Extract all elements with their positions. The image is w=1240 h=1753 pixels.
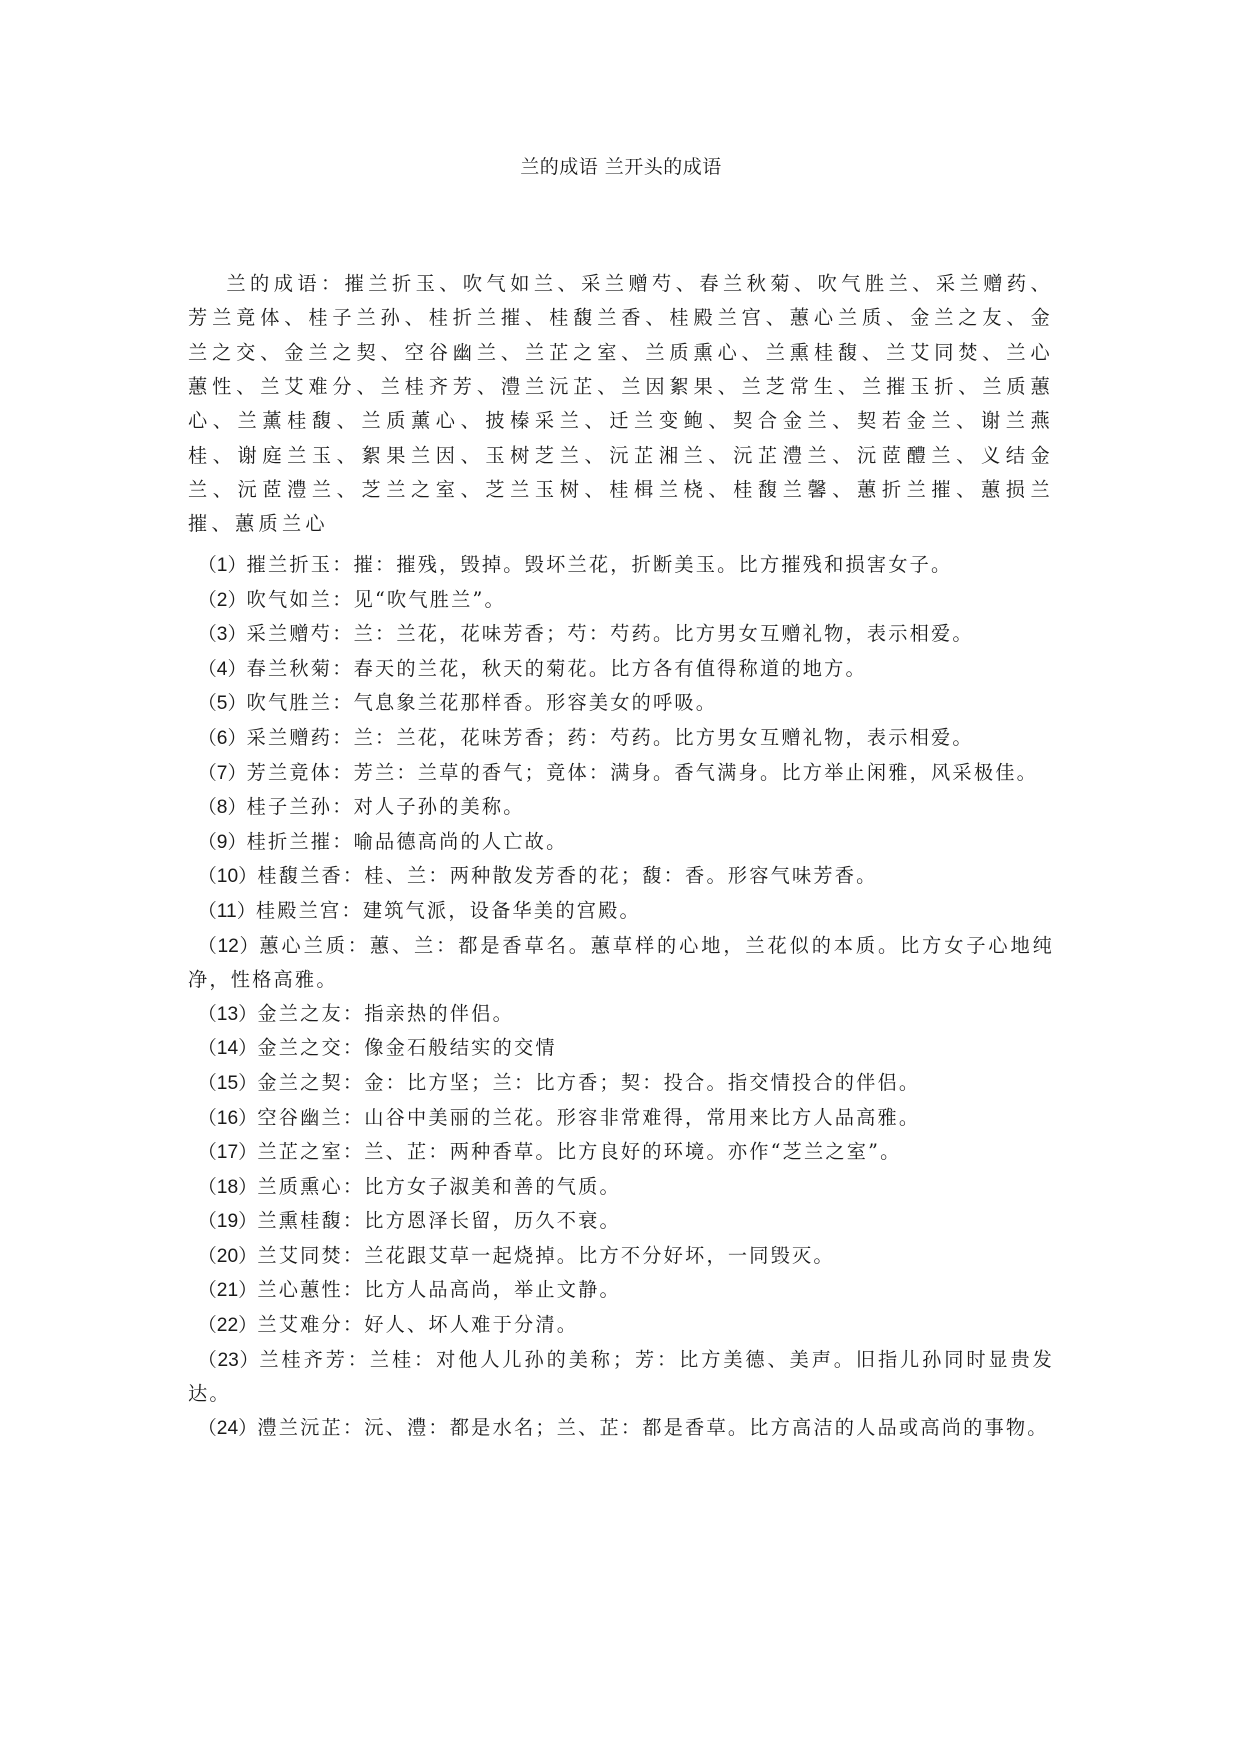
definition-text: 采兰赠芍：兰：兰花，花味芳香；芍：芍药。比方男女互赠礼物，表示相爱。 <box>247 622 974 645</box>
definition-text: 空谷幽兰：山谷中美丽的兰花。形容非常难得，常用来比方人品高雅。 <box>257 1106 920 1129</box>
document-title: 兰的成语 兰开头的成语 <box>188 155 1054 179</box>
definition-item: （9）桂折兰摧：喻品德高尚的人亡故。 <box>188 825 1054 860</box>
definition-text: 桂殿兰宫：建筑气派，设备华美的宫殿。 <box>256 899 641 922</box>
definition-text: 桂馥兰香：桂、兰：两种散发芳香的花；馥：香。形容气味芳香。 <box>257 864 877 887</box>
definition-number: （18） <box>198 1177 258 1198</box>
definition-item: （10）桂馥兰香：桂、兰：两种散发芳香的花；馥：香。形容气味芳香。 <box>188 859 1054 894</box>
definition-item: （13）金兰之友：指亲热的伴侣。 <box>188 997 1054 1032</box>
definition-number: （22） <box>198 1315 258 1336</box>
definition-number: （14） <box>198 1038 258 1059</box>
definition-item: （5）吹气胜兰：气息象兰花那样香。形容美女的呼吸。 <box>188 686 1054 721</box>
definition-text: 芳兰竟体：芳兰：兰草的香气；竟体：满身。香气满身。比方举止闲雅，风采极佳。 <box>247 761 1038 784</box>
definition-text: 兰芷之室：兰、芷：两种香草。比方良好的环境。亦作“芝兰之室”。 <box>257 1140 901 1163</box>
idiom-summary-paragraph: 兰的成语：摧兰折玉、吹气如兰、采兰赠芍、春兰秋菊、吹气胜兰、采兰赠药、芳兰竟体、… <box>188 267 1054 541</box>
definition-number: （2） <box>198 590 247 611</box>
definition-number: （5） <box>198 693 247 714</box>
definition-text: 蕙心兰质：蕙、兰：都是香草名。蕙草样的心地，兰花似的本质。比方女子心地纯净，性格… <box>188 934 1054 992</box>
definition-text: 兰艾同焚：兰花跟艾草一起烧掉。比方不分好坏，一同毁灭。 <box>257 1244 834 1267</box>
definition-number: （17） <box>198 1142 258 1163</box>
definition-text: 兰质熏心：比方女子淑美和善的气质。 <box>257 1175 621 1198</box>
definition-item: （20）兰艾同焚：兰花跟艾草一起烧掉。比方不分好坏，一同毁灭。 <box>188 1239 1054 1274</box>
definition-item: （2）吹气如兰：见“吹气胜兰”。 <box>188 583 1054 618</box>
definition-number: （15） <box>198 1073 258 1094</box>
definition-item: （7）芳兰竟体：芳兰：兰草的香气；竟体：满身。香气满身。比方举止闲雅，风采极佳。 <box>188 756 1054 791</box>
definition-item: （24）澧兰沅芷：沅、澧：都是水名；兰、芷：都是香草。比方高洁的人品或高尚的事物… <box>188 1411 1054 1446</box>
definition-item: （17）兰芷之室：兰、芷：两种香草。比方良好的环境。亦作“芝兰之室”。 <box>188 1135 1054 1170</box>
definition-item: （3）采兰赠芍：兰：兰花，花味芳香；芍：芍药。比方男女互赠礼物，表示相爱。 <box>188 617 1054 652</box>
definition-text: 吹气如兰：见“吹气胜兰”。 <box>247 588 506 611</box>
definition-text: 兰艾难分：好人、坏人难于分清。 <box>257 1313 578 1336</box>
definition-text: 吹气胜兰：气息象兰花那样香。形容美女的呼吸。 <box>247 691 718 714</box>
definition-number: （11） <box>198 901 256 922</box>
definition-number: （3） <box>198 624 247 645</box>
definition-item: （15）金兰之契：金：比方坚；兰：比方香；契：投合。指交情投合的伴侣。 <box>188 1066 1054 1101</box>
definition-item: （4）春兰秋菊：春天的兰花，秋天的菊花。比方各有值得称道的地方。 <box>188 652 1054 687</box>
definition-text: 澧兰沅芷：沅、澧：都是水名；兰、芷：都是香草。比方高洁的人品或高尚的事物。 <box>257 1416 1048 1439</box>
definition-item: （21）兰心蕙性：比方人品高尚，举止文静。 <box>188 1273 1054 1308</box>
definition-number: （24） <box>198 1418 258 1439</box>
definition-item: （1）摧兰折玉：摧：摧残，毁掉。毁坏兰花，折断美玉。比方摧残和损害女子。 <box>188 548 1054 583</box>
definition-text: 金兰之交：像金石般结实的交情 <box>257 1036 556 1059</box>
definition-number: （4） <box>198 659 247 680</box>
definition-text: 金兰之契：金：比方坚；兰：比方香；契：投合。指交情投合的伴侣。 <box>257 1071 920 1094</box>
definition-item: （23）兰桂齐芳：兰桂：对他人儿孙的美称；芳：比方美德、美声。旧指儿孙同时显贵发… <box>188 1343 1054 1411</box>
definition-item: （6）采兰赠药：兰：兰花，花味芳香；药：芍药。比方男女互赠礼物，表示相爱。 <box>188 721 1054 756</box>
definition-text: 兰心蕙性：比方人品高尚，举止文静。 <box>257 1278 621 1301</box>
definition-item: （11）桂殿兰宫：建筑气派，设备华美的宫殿。 <box>188 894 1054 929</box>
definition-item: （18）兰质熏心：比方女子淑美和善的气质。 <box>188 1170 1054 1205</box>
definition-item: （16）空谷幽兰：山谷中美丽的兰花。形容非常难得，常用来比方人品高雅。 <box>188 1101 1054 1136</box>
definition-text: 摧兰折玉：摧：摧残，毁掉。毁坏兰花，折断美玉。比方摧残和损害女子。 <box>247 553 953 576</box>
definition-text: 兰熏桂馥：比方恩泽长留，历久不衰。 <box>257 1209 621 1232</box>
definition-number: （13） <box>198 1004 258 1025</box>
definition-text: 采兰赠药：兰：兰花，花味芳香；药：芍药。比方男女互赠礼物，表示相爱。 <box>247 726 974 749</box>
definition-text: 桂子兰孙：对人子孙的美称。 <box>247 795 525 818</box>
definition-item: （14）金兰之交：像金石般结实的交情 <box>188 1031 1054 1066</box>
definition-text: 金兰之友：指亲热的伴侣。 <box>257 1002 514 1025</box>
definition-number: （6） <box>198 728 247 749</box>
definition-number: （16） <box>198 1108 258 1129</box>
definition-number: （19） <box>198 1211 258 1232</box>
definition-number: （21） <box>198 1280 258 1301</box>
definition-number: （7） <box>198 763 247 784</box>
definition-number: （12） <box>198 936 260 957</box>
definition-text: 桂折兰摧：喻品德高尚的人亡故。 <box>247 830 568 853</box>
definition-number: （1） <box>198 555 247 576</box>
definition-number: （8） <box>198 797 247 818</box>
definition-item: （8）桂子兰孙：对人子孙的美称。 <box>188 790 1054 825</box>
definition-text: 春兰秋菊：春天的兰花，秋天的菊花。比方各有值得称道的地方。 <box>247 657 867 680</box>
definition-text: 兰桂齐芳：兰桂：对他人儿孙的美称；芳：比方美德、美声。旧指儿孙同时显贵发达。 <box>188 1348 1054 1406</box>
definition-item: （19）兰熏桂馥：比方恩泽长留，历久不衰。 <box>188 1204 1054 1239</box>
definition-number: （10） <box>198 866 258 887</box>
definition-list: （1）摧兰折玉：摧：摧残，毁掉。毁坏兰花，折断美玉。比方摧残和损害女子。 （2）… <box>188 548 1054 1445</box>
definition-item: （22）兰艾难分：好人、坏人难于分清。 <box>188 1308 1054 1343</box>
definition-number: （9） <box>198 832 247 853</box>
definition-item: （12）蕙心兰质：蕙、兰：都是香草名。蕙草样的心地，兰花似的本质。比方女子心地纯… <box>188 929 1054 997</box>
definition-number: （20） <box>198 1246 258 1267</box>
definition-number: （23） <box>198 1350 260 1371</box>
